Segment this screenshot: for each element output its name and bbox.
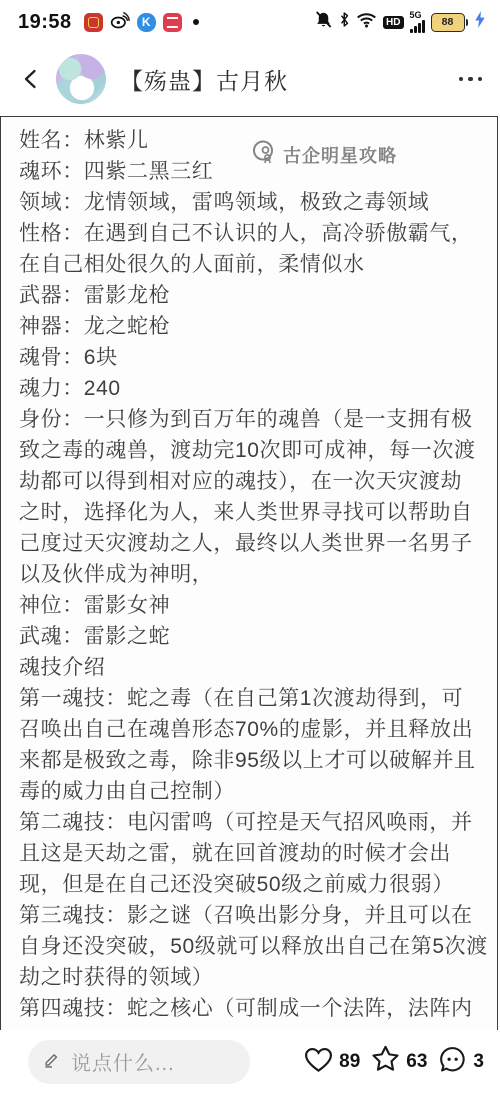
- favorite-count: 63: [406, 1051, 427, 1073]
- post-text-line: 领域：龙情领域，雷鸣领域，极致之毒领域: [19, 187, 497, 218]
- post-text-line: 身份：一只修为到百万年的魂兽（是一支拥有极: [19, 404, 497, 435]
- favorite-button[interactable]: 63: [370, 1044, 427, 1079]
- hd-badge-icon: HD: [383, 16, 403, 29]
- battery-icon: 88: [431, 13, 465, 32]
- bell-muted-icon: [314, 10, 333, 34]
- battery-indicator: 88: [431, 13, 469, 32]
- status-bar: 19:58 K HD 5G 88: [0, 0, 500, 42]
- post-actions: 89 63 3: [303, 1044, 484, 1079]
- post-text-line: 魂技介绍: [19, 652, 497, 683]
- post-text-line: 魂骨：6块: [19, 342, 497, 373]
- kuaikan-app-icon: K: [137, 13, 156, 32]
- app-notification-icon-2: [163, 13, 182, 32]
- post-text-line: 召唤出自己在魂兽形态70%的虚影，并且释放出: [19, 714, 497, 745]
- post-title: 【殇蛊】古月秋: [120, 63, 288, 96]
- post-text-line: 性格：在遇到自己不认识的人，高冷骄傲霸气，: [19, 218, 497, 249]
- post-text-line: 在自己相处很久的人面前，柔情似水: [19, 249, 497, 280]
- notification-app-icons: K: [84, 11, 199, 34]
- wifi-icon: [356, 12, 377, 33]
- post-text-line: 劫之时获得的领域）: [19, 962, 497, 993]
- comment-input[interactable]: 说点什么...: [28, 1040, 250, 1084]
- status-icons: HD 5G 88: [314, 10, 486, 34]
- post-text-line: 神位：雷影女神: [19, 590, 497, 621]
- more-notifications-dot: [193, 19, 199, 25]
- comment-count: 3: [473, 1051, 484, 1073]
- post-text-line: 己度过天灾渡劫之人，最终以人类世界一名男子: [19, 528, 497, 559]
- post-text-line: 之时，选择化为人，来人类世界寻找可以帮助自: [19, 497, 497, 528]
- star-icon: [370, 1044, 401, 1079]
- post-text-line: 第三魂技：影之谜（召唤出影分身，并且可以在: [19, 900, 497, 931]
- author-avatar[interactable]: [56, 54, 106, 104]
- like-button[interactable]: 89: [303, 1045, 360, 1079]
- post-text-line: 自身还没突破，50级就可以释放出自己在第5次渡: [19, 931, 497, 962]
- like-count: 89: [339, 1051, 360, 1073]
- bluetooth-icon: [339, 11, 350, 33]
- pencil-icon: [42, 1049, 62, 1074]
- post-text-line: 毒的威力由自己控制）: [19, 776, 497, 807]
- post-text-line: 武魂：雷影之蛇: [19, 621, 497, 652]
- post-text: 姓名：林紫儿魂环：四紫二黑三红领域：龙情领域，雷鸣领域，极致之毒领域性格：在遇到…: [1, 117, 497, 1024]
- watermark-text: 古企明星攻略: [283, 142, 397, 168]
- post-text-line: 劫都可以得到相对应的魂技），在一次天灾渡劫: [19, 466, 497, 497]
- nav-bar: 【殇蛊】古月秋: [0, 42, 500, 116]
- comment-placeholder: 说点什么...: [71, 1047, 175, 1076]
- bottom-action-bar: 说点什么... 89 63 3: [0, 1030, 500, 1101]
- heart-icon: [303, 1045, 334, 1079]
- back-button[interactable]: [16, 64, 46, 94]
- post-text-line: 武器：雷影龙枪: [19, 280, 497, 311]
- post-text-line: 神器：龙之蛇枪: [19, 311, 497, 342]
- post-text-line: 现，但是在自己还没突破50级之前威力很弱）: [19, 869, 497, 900]
- post-text-line: 第一魂技：蛇之毒（在自己第1次渡劫得到，可: [19, 683, 497, 714]
- app-notification-icon-1: [84, 13, 103, 32]
- watermark: 古企明星攻略: [251, 139, 397, 170]
- weibo-icon: [110, 11, 130, 34]
- post-text-line: 第二魂技：电闪雷鸣（可控是天气招风唤雨，并: [19, 807, 497, 838]
- charging-bolt-icon: [474, 11, 486, 33]
- more-options-button[interactable]: [457, 69, 485, 90]
- post-text-line: 以及伙伴成为神明，: [19, 559, 497, 590]
- clock: 19:58: [18, 11, 72, 34]
- post-text-line: 魂力：240: [19, 373, 497, 404]
- post-image[interactable]: 姓名：林紫儿魂环：四紫二黑三红领域：龙情领域，雷鸣领域，极致之毒领域性格：在遇到…: [0, 116, 498, 1030]
- post-text-line: 致之毒的魂兽，渡劫完10次即可成神，每一次渡: [19, 435, 497, 466]
- comment-bubble-icon: [437, 1045, 468, 1079]
- watermark-logo-icon: [251, 139, 277, 170]
- comment-button[interactable]: 3: [437, 1045, 484, 1079]
- post-text-line: 第四魂技：蛇之核心（可制成一个法阵，法阵内: [19, 993, 497, 1024]
- post-text-line: 来都是极致之毒，除非95级以上才可以破解并且: [19, 745, 497, 776]
- post-text-line: 且这是天劫之雷，就在回首渡劫的时候才会出: [19, 838, 497, 869]
- signal-5g-icon: 5G: [410, 12, 425, 33]
